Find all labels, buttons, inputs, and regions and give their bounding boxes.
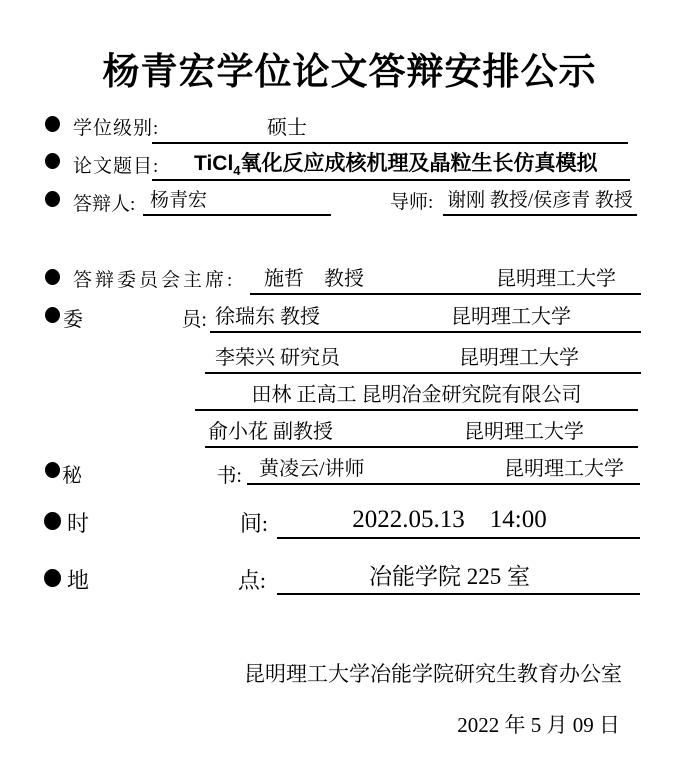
page-title: 杨青宏学位论文答辩安排公示 [0, 52, 699, 93]
advisor-label: 导师: [390, 187, 433, 214]
formula-base: TiCl [194, 152, 233, 177]
place-label-right: 点: [238, 564, 266, 595]
chair-organization: 昆明理工大学 [496, 262, 641, 293]
bullet-icon [45, 153, 60, 169]
member-name-title: 李荣兴 研究员 [205, 341, 340, 372]
member-row: 李荣兴 研究员 昆明理工大学 [205, 342, 641, 374]
member-label-left: 委 [63, 303, 83, 332]
formula-subscript: 4 [233, 163, 240, 178]
defender-underline: 杨青宏 [143, 186, 331, 216]
member-organization: 昆明理工大学 [451, 300, 641, 331]
thesis-title-value: TiCl4氧化反应成核机理及晶粒生长仿真模拟 [152, 147, 598, 179]
advisor-value: 谢刚 教授/侯彦青 教授 [447, 185, 633, 214]
degree-value: 硕士 [152, 111, 307, 142]
thesis-label: 论文题目: [73, 151, 159, 178]
secretary-name-title: 黄凌云/讲师 [247, 452, 365, 483]
secretary-label: 秘 书: [62, 459, 242, 488]
member-name-title: 田林 正高工 昆明冶金研究院有限公司 [252, 378, 582, 409]
chair-label: 答辩委员会主席: [73, 265, 235, 292]
advisor-underline: 谢刚 教授/侯彦青 教授 [443, 184, 637, 216]
secretary-label-right: 书: [216, 459, 242, 488]
footer-date: 2022 年 5 月 09 日 [457, 709, 620, 739]
member-name-title: 徐瑞东 教授 [210, 300, 320, 331]
time-value: 2022.05.13 14:00 [352, 499, 564, 537]
bullet-icon [44, 512, 61, 530]
member-label-right: 员: [181, 303, 207, 332]
secretary-label-left: 秘 [62, 459, 82, 488]
footer-office: 昆明理工大学冶能学院研究生教育办公室 [244, 658, 622, 688]
degree-label: 学位级别: [73, 113, 159, 140]
thesis-title-rest: 氧化反应成核机理及晶粒生长仿真模拟 [241, 152, 598, 177]
place-value: 冶能学院 225 室 [369, 558, 548, 593]
place-label: 地 点: [67, 564, 266, 595]
bullet-icon [45, 269, 60, 285]
chair-name-title: 施哲 教授 [250, 262, 364, 293]
degree-underline: 硕士 [152, 112, 628, 144]
bullet-icon [44, 569, 61, 587]
place-label-left: 地 [67, 564, 89, 595]
defender-label: 答辩人: [73, 189, 135, 216]
member-name-title: 俞小花 副教授 [205, 415, 333, 446]
thesis-underline: TiCl4氧化反应成核机理及晶粒生长仿真模拟 [152, 148, 630, 181]
member-label: 委 员: [63, 303, 207, 332]
defense-announcement-document: 杨青宏学位论文答辩安排公示 学位级别: 硕士 论文题目: TiCl4氧化反应成核… [0, 0, 699, 757]
member-row: 徐瑞东 教授 昆明理工大学 [210, 301, 641, 333]
time-label: 时 间: [67, 507, 268, 538]
member-organization: 昆明理工大学 [459, 341, 641, 372]
time-underline: 2022.05.13 14:00 [277, 505, 640, 539]
defender-value: 杨青宏 [143, 185, 207, 214]
member-row: 田林 正高工 昆明冶金研究院有限公司 [195, 379, 638, 411]
time-label-right: 间: [240, 507, 268, 538]
bullet-icon [45, 462, 60, 478]
time-label-left: 时 [67, 507, 89, 538]
member-organization: 昆明理工大学 [464, 415, 638, 446]
bullet-icon [45, 116, 60, 132]
secretary-underline: 黄凌云/讲师 昆明理工大学 [247, 453, 640, 485]
bullet-icon [45, 307, 60, 323]
secretary-organization: 昆明理工大学 [504, 452, 640, 483]
place-underline: 冶能学院 225 室 [277, 561, 640, 595]
bullet-icon [45, 191, 60, 207]
chair-underline: 施哲 教授 昆明理工大学 [250, 263, 641, 295]
member-row: 俞小花 副教授 昆明理工大学 [205, 416, 638, 448]
